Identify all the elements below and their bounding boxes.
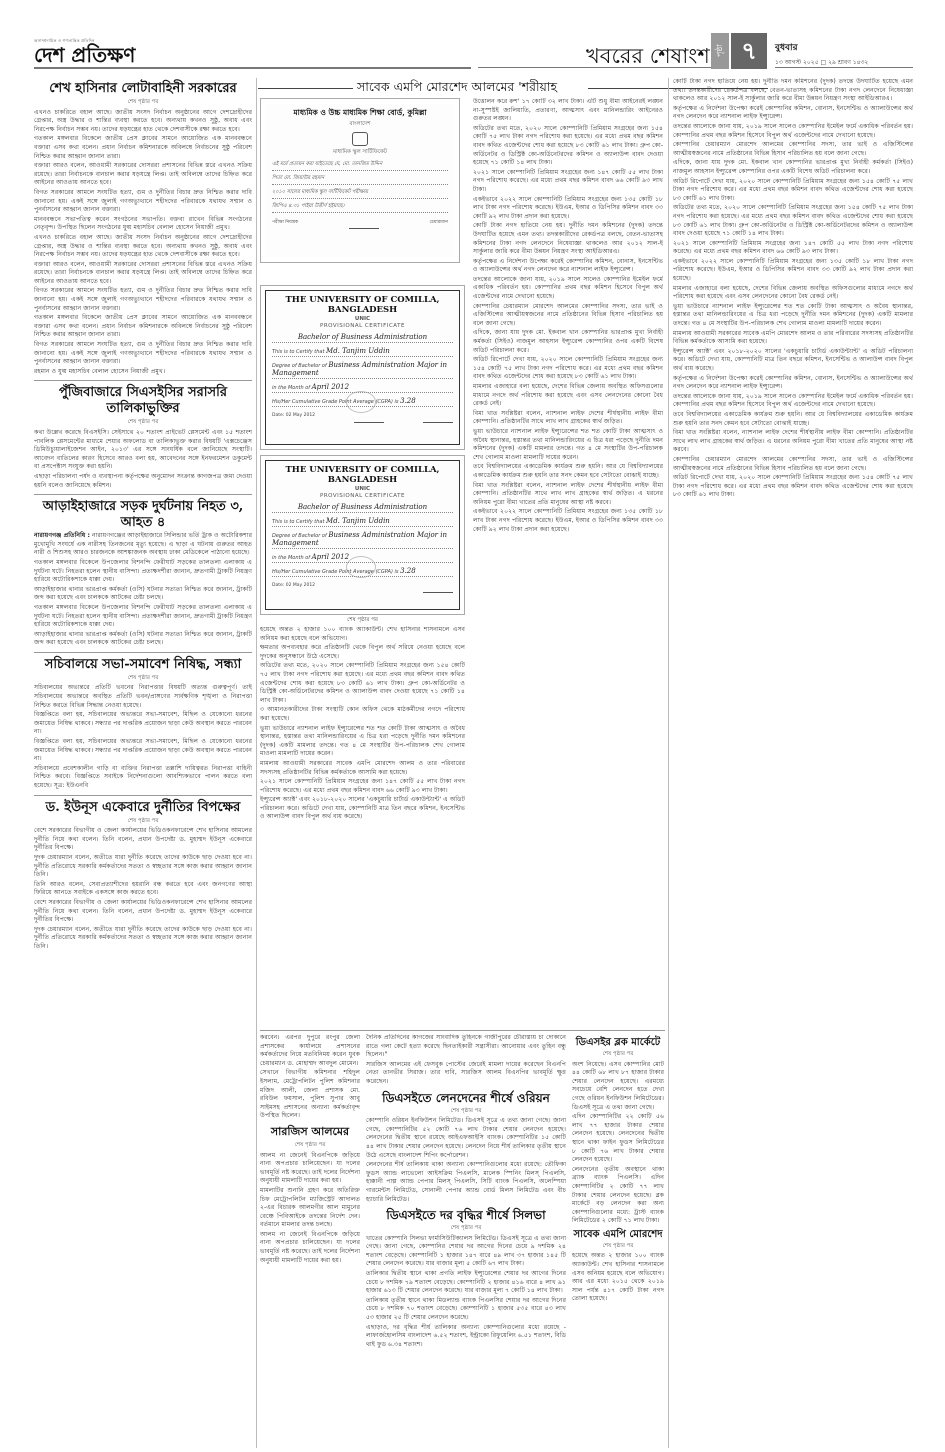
logo-block: অসাম্প্রদায়িক ও গণতান্ত্রিক প্রতিদিন দে…: [34, 38, 135, 65]
signature-icon: [349, 219, 379, 229]
insurance-col-b: উত্তোলন করে রুশ' ১৭ কোটি ৩২ লাখ টাকা। এট…: [473, 98, 663, 1028]
article-paragraph: অডিট রিপোর্টে দেখা যায়, ২০২০ সালে কোম্প…: [673, 178, 913, 204]
certificate: মাধ্যমিক ও উচ্চ মাধ্যমিক শিক্ষা বোর্ড, ক…: [266, 104, 454, 257]
article-paragraph: হয়েছে অন্তত ২ হাজার ১০০ ব্যাংক অ্যাকাউন…: [260, 626, 465, 643]
article-paragraph: গতকাল মঙ্গলবার বিকেলে উপজেলার বিশনন্দি ফ…: [34, 559, 252, 585]
article-paragraph: এখনও চাকরিতে বহাল আছে। জাতীয় সংসদ নির্ব…: [34, 234, 252, 260]
article-paragraph: তিনি আরও বলেন, সেবাপ্রত্যাশীদের হয়রানি …: [34, 881, 252, 898]
section-divider: [260, 1030, 665, 1031]
article-paragraph: গতকাল মঙ্গলবার বিকেলে জাতীয় প্রেস ক্লাব…: [34, 314, 252, 340]
continued-label: শেষ পৃষ্ঠার পর: [34, 418, 252, 427]
left-column: শেখ হাসিনার লোটাবাহিনী সরকারের শেষ পৃষ্ঠ…: [34, 78, 252, 1448]
page-label: পৃষ্ঠা: [711, 33, 729, 69]
article-headline[interactable]: সারজিস আলমের: [260, 1124, 360, 1140]
article-paragraph: দুদক চেয়ারম্যান বলেন, অতীতে যারা দুর্নী…: [34, 926, 252, 952]
article-paragraph: আলম না জেনেই বিএনপিকে জড়িয়ে নানা অপপ্র…: [260, 1231, 360, 1265]
article-paragraph: কোম্পানির চেয়ারম্যান মোরশেদ আলমের কোম্প…: [473, 303, 663, 329]
block-market-column: ডিএসইর ব্লক মার্কেটে শেষ পৃষ্ঠার পর অংশ …: [572, 1034, 664, 1448]
article-paragraph: এদিকে, জানা যায় দুদক মো. ইকবাল খান কোম্…: [673, 159, 913, 176]
article-paragraph: কর্তৃপক্ষের এ নির্দেশনা উপেক্ষা করেই কোম…: [673, 105, 913, 122]
article-paragraph: ইন্স্যুরেন্স অ্যাক্ট' এবং ২০১৮-২০২০ সালে…: [260, 796, 465, 822]
article-paragraph: ২০২১ সালে কোম্পানিটি প্রিমিয়াম সংগ্রহের…: [473, 169, 663, 195]
article-paragraph: ভুয়া ভাউচারে ন্যাশনাল লাইফ ইন্স্যুরেন্স…: [260, 725, 465, 759]
article-paragraph: উত্তোলন করে রুশ' ১৭ কোটি ৩২ লাখ টাকা। এট…: [473, 98, 663, 124]
article-paragraph: গতকাল মঙ্গলবার বিকেলে উপজেলার বিশনন্দি ফ…: [34, 604, 252, 630]
cert-value: April 2012: [312, 553, 349, 561]
certificate-title: THE UNIVERSITY OF COMILLA, BANGLADESH: [272, 295, 453, 315]
article-paragraph: ভুয়া ভাউচারে ন্যাশনাল লাইফ ইন্স্যুরেন্স…: [673, 303, 913, 329]
article-paragraph: বিজ্ঞপ্তিতে বলা হয়, সচিবালয়ের অভ্যন্তর…: [34, 711, 252, 737]
article-paragraph: করবেন। এরপর দুপুরে রংপুর জেলা প্রশাসকের …: [260, 1034, 360, 1068]
article-paragraph: বিমা খাত সংশ্লিষ্টরা বলেন, ন্যাশনাল লাইফ…: [673, 429, 913, 455]
article-paragraph: সারজিস আলমের এই ফেসবুক পোস্টের জেরেই মাম…: [366, 1061, 566, 1087]
divider: [34, 380, 252, 381]
cert-label: This is to Certify that: [272, 349, 324, 355]
article-hasina: শেখ হাসিনার লোটাবাহিনী সরকারের শেষ পৃষ্ঠ…: [34, 81, 252, 376]
article-secretariat: সচিবালয়ে সভা-সমাবেশ নিষিদ্ধ, সন্ধ্যা শে…: [34, 657, 252, 791]
sarjis-column: করবেন। এরপর দুপুরে রংপুর জেলা প্রশাসকের …: [260, 1034, 360, 1448]
page-number: ৭: [731, 33, 767, 69]
university-logo: UNIC: [272, 486, 453, 492]
signature-row: পরীক্ষা নিয়ন্ত্রক চেয়ারম্যান: [272, 219, 448, 229]
certificate-line: জিপিএ ৪.৩১ পাইয়া উত্তীর্ণ হইয়াছে।: [272, 203, 448, 213]
article-paragraph: তদন্তের আলোকে জানা যায়, ২০১৯ সালে সালেও…: [673, 123, 913, 140]
article-paragraph: দুদক চেয়ারম্যান বলেন, অতীতে যারা দুর্নী…: [34, 854, 252, 880]
article-paragraph: এছাড়া পরিচালনা পর্ষদ ও ব্যবস্থাপনা কর্ত…: [34, 473, 252, 490]
certificate-title: মাধ্যমিক ও উচ্চ মাধ্যমিক শিক্ষা বোর্ড, ক…: [272, 108, 448, 120]
article-paragraph: একইভাবে ২০২২ সালে কোম্পানিটি প্রিমিয়াম …: [673, 258, 913, 284]
article-paragraph: বিমা খাত সংশ্লিষ্টরা বলেন, ন্যাশনাল লাইফ…: [473, 410, 663, 427]
article-yunus: ড. ইউনূস একেবারে দুর্নীতির বিপক্ষের শেষ …: [34, 800, 252, 952]
article-paragraph: কোটি টাকা নগদ হাতিয়ে নেয় হয়। দুর্নীতি…: [473, 222, 663, 256]
divider: [34, 494, 252, 495]
certificate-subtitle: বাংলাদেশ: [272, 121, 448, 129]
university-certificate-image-2: THE UNIVERSITY OF COMILLA, BANGLADESH UN…: [260, 455, 465, 615]
continued-label: শেষ পৃষ্ঠার পর: [572, 1050, 664, 1059]
certificate-line: পিতা মো. জিয়াউর রহমান: [272, 175, 448, 185]
banner-headline[interactable]: সাবেক এমপি মোরশেদ আলমের 'শরীয়াহ: [353, 79, 561, 99]
signature-row: Date: 02 May 2012: [272, 413, 453, 423]
article-paragraph: অডিটের তথ্য মতে, ২০২০ সালে কোম্পানিটি প্…: [473, 125, 663, 168]
signature-icon: [354, 413, 384, 423]
cert-label: His/Her Cumulative Grade Point Average (…: [272, 399, 399, 405]
continued-label: শেষ পৃষ্ঠার পর: [366, 1224, 566, 1233]
cert-label: in the Month of: [272, 555, 310, 561]
signature-row: Date: 02 May 2012: [272, 583, 453, 593]
article-headline[interactable]: ডিএসইর ব্লক মার্কেটে: [572, 1037, 664, 1049]
signature-icon: [423, 413, 453, 423]
article-headline[interactable]: সাবেক এমপি মোরশেদ: [572, 1229, 664, 1241]
university-logo: UNIC: [272, 316, 453, 322]
cert-value: 3.28: [400, 397, 416, 405]
article-paragraph: হয়েছে অন্তত ২ হাজার ১০০ ব্যাংক অ্যাকাউন…: [572, 1252, 664, 1304]
degree-name: Bachelor of Business Administration: [298, 333, 427, 341]
article-paragraph: বক্তারা আরও বলেন, আওয়ামী সরকারের দোসররা…: [34, 261, 252, 287]
article-paragraph: বিগত সরকারের আমলে সংঘটিত হত্যা, গুম ও দু…: [34, 287, 252, 313]
article-paragraph: কথা উল্লেখ করেছে বিএসইসি। সেইসাথে ২০ শতা…: [34, 429, 252, 472]
masthead-rule: [34, 67, 471, 69]
article-paragraph: অংশ নিয়েছে। এসব কোম্পানির মোট ৪৪ কোটি ৬…: [572, 1061, 664, 1113]
cert-value: Md. Tanjim Uddin: [326, 517, 390, 525]
continued-label: শেষ পৃষ্ঠার পর: [260, 1141, 360, 1150]
certificate-name: PROVISIONAL CERTIFICATE: [272, 323, 453, 329]
certificate-line: ২০১০ সালের মাধ্যমিক স্কুল সার্টিফিকেট পর…: [272, 189, 448, 199]
article-paragraph: লেনদেনের তৃতীয় অবস্থানে থাকা ব্র্যাক ব্…: [572, 1166, 664, 1226]
article-paragraph: বিগত সরকারের আমলে সংঘটিত হত্যা, গুম ও দু…: [34, 189, 252, 215]
article-paragraph: বিগত সরকারের আমলে সংঘটিত হত্যা, গুম ও দু…: [34, 341, 252, 367]
degree-name: Bachelor of Business Administration: [298, 503, 427, 511]
article-paragraph: এদিকে, জানা যায় দুদক মো. ইকবাল খান কোম্…: [473, 329, 663, 355]
ssc-certificate-image: মাধ্যমিক ও উচ্চ মাধ্যমিক শিক্ষা বোর্ড, ক…: [260, 98, 460, 263]
article-paragraph: ক্ষমতার অপব্যবহার করে প্রতিষ্ঠানটি থেকে …: [260, 644, 465, 661]
university-certificate-image-1: THE UNIVERSITY OF COMILLA, BANGLADESH UN…: [260, 285, 465, 450]
insurance-col-a: হয়েছে অন্তত ২ হাজার ১০০ ব্যাংক অ্যাকাউন…: [260, 626, 465, 1026]
signature-icon: [423, 583, 453, 593]
article-paragraph: দৈনিক প্রতিদিনের কাগজের সাংবাদিক তুহিনকে…: [366, 1034, 566, 1060]
signature-right: চেয়ারম্যান: [430, 219, 448, 229]
board-seal-icon: [352, 132, 368, 146]
column-divider: [256, 78, 257, 1448]
article-paragraph: অডিটের তথ্য মতে, ২০২০ সালে কোম্পানিটি প্…: [673, 204, 913, 238]
masthead-rule: [775, 67, 913, 68]
dse-column: দৈনিক প্রতিদিনের কাগজের সাংবাদিক তুহিনকে…: [366, 1034, 566, 1448]
article-paragraph: এখনও চাকরিতে বহাল আছে। জাতীয় সংসদ নির্ব…: [34, 109, 252, 135]
article-paragraph: এছাড়াও, দর বৃদ্ধির শীর্ষ তালিকার অন্যান…: [366, 1324, 566, 1350]
certificate: THE UNIVERSITY OF COMILLA, BANGLADESH UN…: [265, 460, 460, 610]
cert-label: His/Her Cumulative Grade Point Average (…: [272, 569, 399, 575]
article-headline[interactable]: ডিএসইতে লেনদেনের শীর্ষে ওরিয়ন: [366, 1090, 566, 1106]
article-paragraph: তবে বিশ্ববিদ্যালয়ের একাডেমিক কার্যক্রম …: [673, 411, 913, 428]
continued-label: শেষ পৃষ্ঠার পর: [572, 1242, 664, 1251]
article-paragraph: মানববন্ধনে সভাপতিত্ব করেন সংগঠনের সভাপতি…: [34, 216, 252, 233]
article-paragraph: কোম্পানি ওরিয়ন ইনফিউশন লিমিটেড। ডিএসই স…: [366, 1117, 566, 1160]
article-paragraph: একইভাবে ২০২২ সালে কোম্পানিটি প্রিমিয়াম …: [473, 196, 663, 222]
article-paragraph: তদন্তের আলোকে জানা যায়, ২০১৯ সালে সালেও…: [473, 276, 663, 302]
article-paragraph: আড়াইহাজার থানার ভারপ্রাপ্ত কর্মকর্তা (ও…: [34, 586, 252, 603]
article-paragraph: তালিকার দ্বিতীয় স্থানে থাকা প্রগতি লাইফ…: [366, 1270, 566, 1296]
article-paragraph: বিজ্ঞপ্তিতে বলা হয়, সচিবালয়ের অভ্যন্তর…: [34, 738, 252, 764]
article-paragraph: ইন্স্যুরেন্স অ্যাক্ট' এবং ২০১৮-২০২০ সালে…: [673, 348, 913, 374]
article-paragraph: মামলায় আওয়ামী সরকারের সাবেক এমপি মোরশে…: [260, 760, 465, 777]
article-paragraph: ২০২১ সালে কোম্পানিটি প্রিমিয়াম সংগ্রহের…: [260, 778, 465, 795]
right-column: কোটি টাকা নগদ হাতিয়ে নেয় হয়। দুর্নীতি…: [673, 78, 913, 1448]
cert-label: in the Month of: [272, 385, 310, 391]
article-paragraph: তদন্তের আলোকে জানা যায়, ২০১৯ সালে সালেও…: [673, 393, 913, 410]
article-paragraph: অডিটের তথ্য মতে, ২০২০ সালে কোম্পানিটি প্…: [260, 662, 465, 705]
article-paragraph: এদিন কোম্পানিটির ২২ কোটি ৫৬ লাখ ৭৭ হাজার…: [572, 1113, 664, 1165]
divider: [34, 795, 252, 796]
column-divider: [668, 78, 669, 1448]
newspaper-logo[interactable]: দেশ প্রতিক্ষণ: [34, 45, 135, 65]
stamp-icon: [346, 391, 376, 413]
certificate-line: এই মর্মে প্রত্যয়ন করা যাইতেছে যে, মো. ত…: [272, 161, 448, 171]
article-paragraph: গতকাল মঙ্গলবার বিকেলে জাতীয় প্রেস ক্লাব…: [34, 135, 252, 161]
cert-value: April 2012: [312, 383, 349, 391]
byline: নারায়ণগঞ্জ প্রতিনিধি :: [34, 532, 90, 539]
cert-label: This is to Certify that: [272, 519, 324, 525]
article-headline[interactable]: ড. ইউনূস একেবারে দুর্নীতির বিপক্ষের: [34, 800, 252, 816]
article-paragraph: বেশে সরকারের বিভাগীয় ও জেলা কার্যালয়ের…: [34, 827, 252, 853]
article-paragraph: সচিবালয়ের অভ্যন্তরে প্রতিটি ভবনের নিরাপ…: [34, 684, 252, 710]
article-paragraph: মামলার এজাহারে বলা হয়েছে, দেশের বিভিন্ন…: [473, 383, 663, 409]
masthead: অসাম্প্রদায়িক ও গণতান্ত্রিক প্রতিদিন দে…: [0, 0, 945, 75]
continued-label: শেষ পৃষ্ঠার পর: [34, 98, 252, 107]
article-paragraph: মামলার এজাহারে বলা হয়েছে, দেশের বিভিন্ন…: [673, 285, 913, 302]
article-paragraph: লেনদেনের শীর্ষ তালিকায় থাকা অন্যান্য কো…: [366, 1161, 566, 1204]
article-paragraph: কর্তৃপক্ষের এ নির্দেশনা উপেক্ষা করেই কোম…: [473, 258, 663, 275]
article-paragraph: অডিট রিপোর্টে দেখা যায়, ২০২০ সালে কোম্প…: [673, 474, 913, 500]
article-paragraph: আড়াইহাজার থানার ভারপ্রাপ্ত কর্মকর্তা (ও…: [34, 631, 252, 648]
article-paragraph: আলম না জেনেই বিএনপিকে জড়িয়ে নানা অপপ্র…: [260, 1152, 360, 1186]
article-paragraph: ভুয়া ভাউচারে ন্যাশনাল লাইফ ইন্স্যুরেন্স…: [473, 428, 663, 462]
article-paragraph: কোম্পানির চেয়ারম্যান মোরশেদ আলমের কোম্প…: [673, 456, 913, 473]
continued-label: শেষ পৃষ্ঠার পর: [34, 817, 252, 826]
article-paragraph: কোটি টাকা নগদ হাতিয়ে নেয় হয়। দুর্নীতি…: [673, 78, 913, 104]
certificate: THE UNIVERSITY OF COMILLA, BANGLADESH UN…: [265, 290, 460, 445]
article-paragraph: তালিকায় তৃতীয় স্থানে থাকা মিডল্যান্ড ব…: [366, 1297, 566, 1323]
banner-rule: [258, 88, 353, 89]
article-paragraph: বিমা খাত সংশ্লিষ্টরা বলেন, ন্যাশনাল লাইফ…: [473, 482, 663, 508]
article-paragraph: কর্তৃপক্ষের এ নির্দেশনা উপেক্ষা করেই কোম…: [673, 375, 913, 392]
article-paragraph: একইভাবে ২০২২ সালে কোম্পানিটি প্রিমিয়াম …: [473, 508, 663, 534]
article-paragraph: মামলায় আওয়ামী সরকারের সাবেক এমপি মোরশে…: [673, 330, 913, 347]
article-paragraph: রহমান ও যুগ্ম মহাসচিব বেলাল হোসেন নিয়াজ…: [34, 368, 252, 377]
divider: [34, 652, 252, 653]
article-paragraph: ২০২১ সালে কোম্পানিটি প্রিমিয়াম সংগ্রহের…: [673, 240, 913, 257]
article-headline[interactable]: ডিএসইতে দর বৃদ্ধির শীর্ষে সিলভা: [366, 1207, 566, 1223]
date-block: বুধবার ১৩ আগস্ট ২০২৫ □ ২৯ শ্রাবণ ১৪৩২: [775, 40, 868, 68]
certificate-title: THE UNIVERSITY OF COMILLA, BANGLADESH: [272, 465, 453, 485]
certificate-name: PROVISIONAL CERTIFICATE: [272, 493, 453, 499]
issue-date: Date: 02 May 2012: [272, 583, 315, 593]
cert-value: Md. Tanjim Uddin: [326, 347, 390, 355]
article-paragraph: সচিবালয়ে প্রবেশকালীন গাড়ি বা ব্যক্তির …: [34, 765, 252, 791]
article-paragraph: মামলাটির শুনানি গ্রহণ করে অতিরিক্ত চিফ ম…: [260, 1187, 360, 1230]
article-headline[interactable]: আড়াইহাজারে সড়ক দুর্ঘটনায় নিহত ৩, আহত …: [34, 499, 252, 531]
article-accident: আড়াইহাজারে সড়ক দুর্ঘটনায় নিহত ৩, আহত …: [34, 499, 252, 648]
article-paragraph: ৩ আমানতকারীদের টাকা সংস্থাটি কোন অফিস থে…: [260, 706, 465, 723]
cert-value: 3.28: [400, 567, 416, 575]
section-title: খবরের শেষাংশ: [586, 40, 710, 75]
stamp-icon: [346, 556, 376, 578]
issue-date: Date: 02 May 2012: [272, 413, 315, 423]
article-paragraph: সেখানে বিভাগীয় কমিশনার শহিদুল ইসলাম, মে…: [260, 1069, 360, 1121]
masthead-rule: [478, 67, 713, 68]
signature-left: পরীক্ষা নিয়ন্ত্রক: [272, 219, 298, 229]
article-headline[interactable]: পুঁজিবাজারে সিএসইসির সরাসরি তালিকাভুক্তি…: [34, 385, 252, 417]
article-paragraph: বক্তারা আরও বলেন, আওয়ামী সরকারের দোসররা…: [34, 162, 252, 188]
article-paragraph: তবে বিশ্ববিদ্যালয়ের একাডেমিক কার্যক্রম …: [473, 463, 663, 480]
image-caption: শেষ পৃষ্ঠার পর: [260, 617, 465, 625]
continued-label: শেষ পৃষ্ঠার পর: [366, 1107, 566, 1116]
certificate-name: মাধ্যমিক স্কুল সার্টিফিকেট: [272, 149, 448, 157]
article-headline[interactable]: সচিবালয়ে সভা-সমাবেশ নিষিদ্ধ, সন্ধ্যা: [34, 657, 252, 673]
continued-label: শেষ পৃষ্ঠার পর: [34, 674, 252, 683]
article-headline[interactable]: শেখ হাসিনার লোটাবাহিনী সরকারের: [34, 81, 252, 97]
article-paragraph: বেশে সরকারের বিভাগীয় ও জেলা কার্যালয়ের…: [34, 899, 252, 925]
weekday: বুধবার: [775, 40, 868, 55]
article-paragraph: কোম্পানির চেয়ারম্যান মোরশেদ আলমের কোম্প…: [673, 141, 913, 158]
article-paragraph: খাতের কোম্পানি সিলভা ফার্মাসিউটিক্যালস ল…: [366, 1235, 566, 1269]
article-paragraph: অডিট রিপোর্টে দেখা যায়, ২০২০ সালে কোম্প…: [473, 356, 663, 382]
article-cse: পুঁজিবাজারে সিএসইসির সরাসরি তালিকাভুক্তি…: [34, 385, 252, 490]
